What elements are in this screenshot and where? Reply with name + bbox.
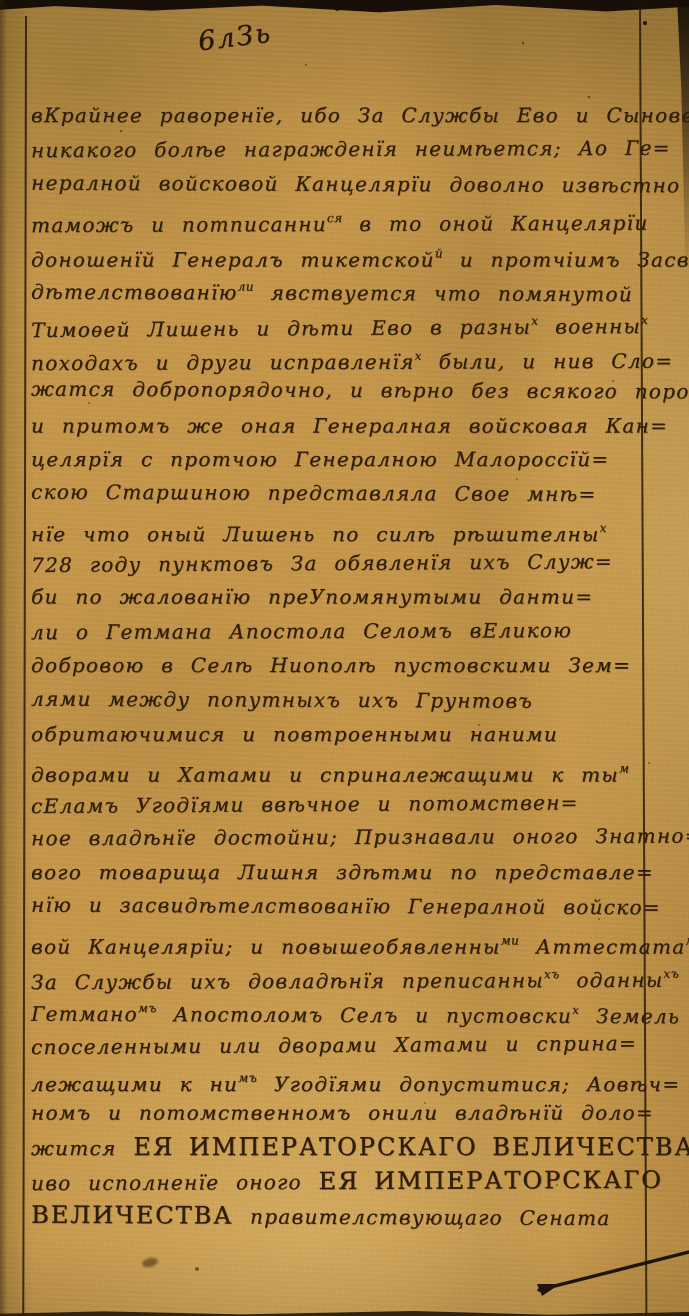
superscript-abbreviation: ми	[501, 934, 520, 948]
superscript-abbreviation: х	[600, 521, 607, 535]
handwritten-text: жатся добропорядочно, и вѣрно без всяког…	[31, 377, 689, 404]
handwritten-text: нїю и засвидѣтелствованїю Генералной вой…	[31, 893, 661, 920]
handwritten-text: нїе что оный Лишень по силѣ рѣшителны	[31, 522, 600, 546]
handwritten-text: вого товарища Лишня здѣтми по представле…	[31, 860, 654, 884]
scan-edge-left	[0, 0, 7, 1316]
handwritten-text: дѣтелствованїю	[31, 280, 238, 305]
handwritten-text: Гетмано	[31, 1002, 138, 1026]
manuscript-line: вой Канцелярїи; и повышеобявленными Атте…	[31, 924, 657, 958]
royal-title-phrase: ЕЯ ИМПЕРАТОРСКАГО	[318, 1166, 662, 1195]
manuscript-line: иво исполненїе оного ЕЯ ИМПЕРАТОРСКАГО	[31, 1163, 657, 1200]
manuscript-line: скою Старшиною представляла Свое мнѣ=	[31, 475, 657, 512]
manuscript-line: нїю и засвидѣтелствованїю Генералной вой…	[31, 888, 657, 925]
handwritten-text: Угодїями допуститися; Аовѣч=	[257, 1072, 680, 1096]
handwritten-text: Земель	[579, 1004, 680, 1028]
manuscript-line: ВЕЛИЧЕСТВА правителствующаго Сената	[31, 1197, 657, 1234]
handwritten-text: Апостоломъ Селъ и пустовски	[157, 1002, 572, 1028]
superscript-abbreviation: х	[415, 348, 422, 362]
manuscript-line: нералной войсковой Канцелярїи доволно из…	[31, 165, 657, 202]
text-block: вКрайнее раворенїе, ибо За Службы Ево и …	[31, 98, 657, 1233]
superscript-abbreviation: х	[641, 313, 648, 327]
manuscript-line: ли о Гетмана Апостола Селомъ вЕликою	[31, 613, 657, 650]
paper-specks	[0, 0, 2, 2]
manuscript-line: жатся добропорядочно, и вѣрно без всяког…	[31, 372, 657, 409]
handwritten-text: военны	[538, 314, 641, 339]
manuscript-line: лями между попутныхъ ихъ Грунтовъ	[31, 681, 657, 718]
handwritten-text: ное владѣнїе достойни; Признавали оного …	[31, 824, 689, 851]
superscript-abbreviation: хъ	[544, 967, 560, 981]
handwritten-text: дворами и Хатами и сприналежащими к ты	[31, 763, 619, 787]
handwritten-text: никакого болѣе награжденїя неимѣется; Ао…	[31, 136, 671, 162]
handwritten-text: правителствующаго Сената	[233, 1204, 610, 1230]
superscript-abbreviation: мъ	[138, 1001, 157, 1015]
handwritten-text: сЕламъ Угодїями ввѣчное и потомствен=	[31, 790, 579, 818]
handwritten-text: 728 году пунктовъ За обявленїя ихъ Служ=	[31, 549, 613, 577]
manuscript-line: никакого болѣе награжденїя неимѣется; Ао…	[31, 131, 657, 168]
manuscript-line: би по жалованїю преУпомянутыми данти=	[31, 580, 657, 614]
manuscript-line: Гетманомъ Апостоломъ Селъ и пустовских З…	[31, 991, 657, 1028]
handwritten-text: целярїя с протчою Генералною Малороссїй=	[31, 447, 609, 471]
manuscript-line: сЕламъ Угодїями ввѣчное и потомствен=	[31, 785, 657, 824]
manuscript-line: Тимоѳей Лишень и дѣти Ево в разных военн…	[31, 303, 657, 342]
superscript-abbreviation: хъ	[663, 966, 679, 980]
handwritten-text: нералной войсковой Канцелярїи доволно из…	[31, 170, 680, 197]
manuscript-line: лежащими к нимъ Угодїями допуститися; Ао…	[31, 1061, 657, 1095]
handwritten-text: вКрайнее раворенїе, ибо За Службы Ево и …	[31, 103, 689, 127]
handwritten-text: жится	[31, 1136, 133, 1160]
royal-title-phrase: ВЕЛИЧЕСТВА	[31, 1200, 233, 1229]
manuscript-line: дѣтелствованїюли явствуется что помянуто…	[31, 269, 657, 306]
handwritten-text: оданны	[560, 968, 664, 992]
handwritten-text: Аттестата	[519, 935, 685, 959]
handwritten-text: добровою в Селѣ Ниополѣ пустовскими Зем=	[31, 653, 631, 677]
superscript-abbreviation: ся	[327, 211, 343, 225]
manuscript-line: вого товарища Лишня здѣтми по представле…	[31, 855, 657, 889]
handwritten-text: обритаючимися и повтроенными наними	[31, 722, 558, 746]
handwritten-text: лями между попутныхъ ихъ Грунтовъ	[31, 686, 533, 712]
handwritten-text: вой Канцелярїи; и повышеобявленны	[31, 935, 501, 959]
manuscript-line: добровою в Селѣ Ниополѣ пустовскими Зем=	[31, 648, 657, 682]
royal-title-phrase: ЕЯ ИМПЕРАТОРСКАГО ВЕЛИЧЕСТВА	[133, 1133, 689, 1161]
superscript-abbreviation: ли	[238, 280, 254, 294]
manuscript-line: жится ЕЯ ИМПЕРАТОРСКАГО ВЕЛИЧЕСТВА—е	[31, 1130, 657, 1164]
handwritten-text: скою Старшиною представляла Свое мнѣ=	[31, 480, 597, 506]
manuscript-line: и притомъ же оная Генералная войсковая К…	[31, 408, 657, 442]
handwritten-text: иво исполненїе оного	[31, 1170, 319, 1195]
handwritten-text: таможъ и потписанни	[31, 212, 327, 237]
handwritten-text: явствуется что помянутой	[254, 281, 633, 307]
handwritten-text: в то оной Канцелярїи	[343, 211, 649, 236]
handwritten-text: ли о Гетмана Апостола Селомъ вЕликою	[31, 618, 572, 644]
manuscript-page-scan: 6лЗь вКрайнее раворенїе, ибо За Службы Е…	[0, 0, 689, 1316]
manuscript-line: целярїя с протчою Генералною Малороссїй=	[31, 442, 657, 476]
manuscript-line: споселенными или дворами Хатами и сприна…	[31, 1025, 657, 1064]
handwritten-text: и протчіимъ Засви=	[443, 247, 689, 271]
manuscript-line: 728 году пунктовъ За обявленїя ихъ Служ=	[31, 544, 657, 583]
superscript-abbreviation: й	[435, 246, 443, 260]
handwritten-text: были, и нив Сло=	[422, 348, 674, 373]
handwritten-text: би по жалованїю преУпомянутыми данти=	[31, 585, 593, 609]
manuscript-line: ное владѣнїе достойни; Признавали оного …	[31, 819, 657, 856]
manuscript-line: За Службы ихъ довладѣнїя преписанныхъ од…	[31, 957, 657, 994]
manuscript-line: нїе что оный Лишень по силѣ рѣшителных	[31, 511, 657, 545]
superscript-abbreviation: ми	[686, 934, 689, 948]
handwritten-text: Емъ	[679, 967, 689, 991]
manuscript-line: номъ и потомственномъ онили владѣнїй дол…	[31, 1096, 657, 1130]
handwritten-text: и притомъ же оная Генералная войсковая К…	[31, 413, 668, 437]
manuscript-line: дворами и Хатами и сприналежащими к тым	[31, 752, 657, 786]
manuscript-line: обритаючимися и повтроенными наними	[31, 717, 657, 751]
handwritten-text: доношенїй Генералъ тикетской	[31, 247, 435, 271]
manuscript-line: вКрайнее раворенїе, ибо За Службы Ево и …	[31, 98, 657, 132]
handwritten-text: споселенными или дворами Хатами и сприна…	[31, 1031, 637, 1059]
superscript-abbreviation: мъ	[238, 1071, 257, 1085]
handwritten-text: лежащими к ни	[31, 1072, 238, 1096]
manuscript-line: таможъ и потписаннися в то оной Канцеляр…	[31, 200, 657, 237]
superscript-abbreviation: м	[619, 762, 629, 776]
handwritten-text: номъ и потомственномъ онили владѣнїй дол…	[31, 1101, 654, 1125]
manuscript-line: походахъ и други исправленїях были, и ни…	[31, 338, 657, 375]
manuscript-line: доношенїй Генералъ тикетскойй и протчіим…	[31, 236, 657, 270]
